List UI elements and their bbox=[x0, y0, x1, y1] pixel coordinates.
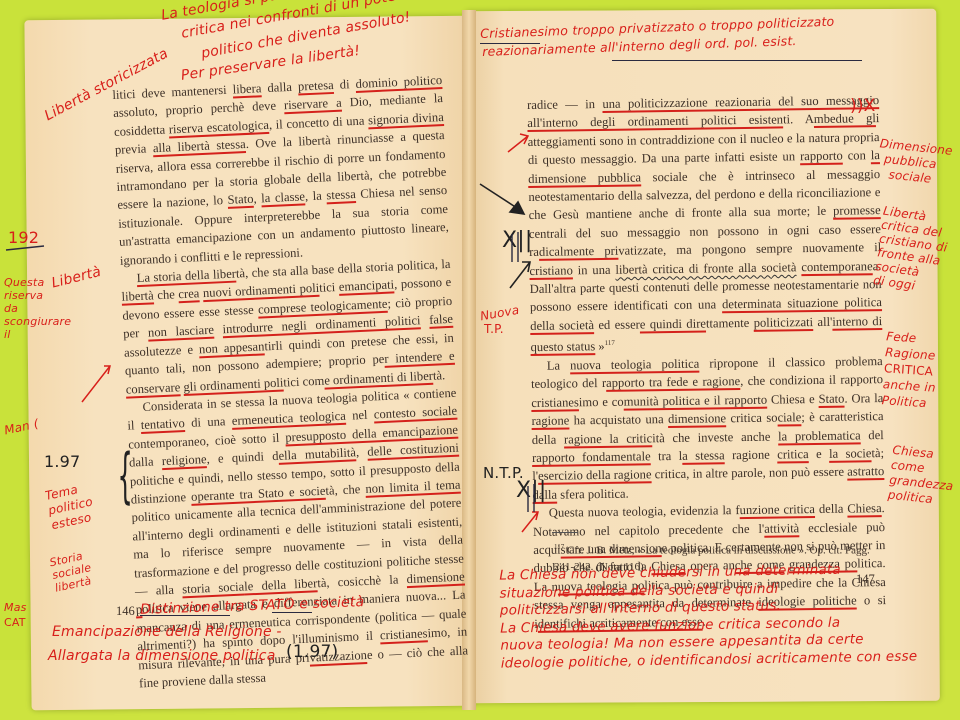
annotation-bottom-left-ref: (1.97) bbox=[286, 642, 338, 662]
annotation-bottom-right: La Chiesa non deve chiudersi in una dete… bbox=[499, 560, 917, 672]
annotation-underline bbox=[140, 615, 230, 616]
annotation-underline bbox=[272, 612, 312, 613]
annotation-bottom-left-2: Emancipazione della Religione - bbox=[52, 624, 282, 640]
annotation-bottom-left-3: Allargata la dimensione politica bbox=[48, 648, 275, 664]
